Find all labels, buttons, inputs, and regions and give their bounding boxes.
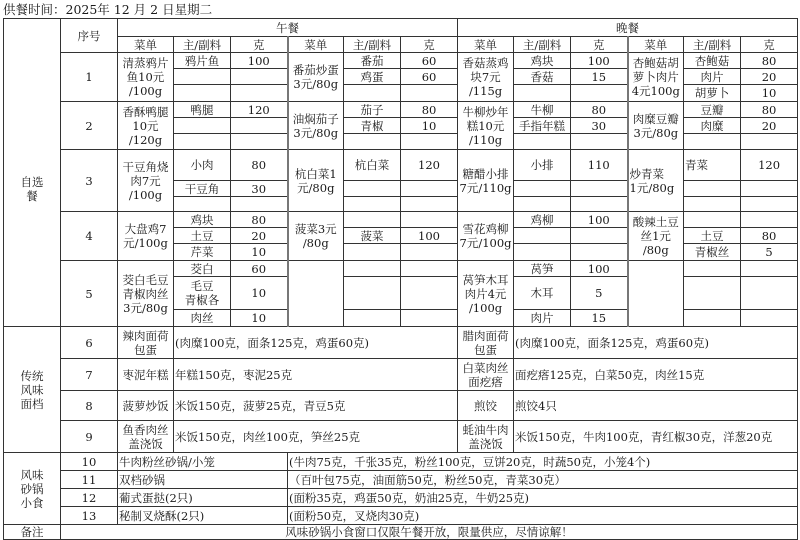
section-label-noodles: 传统 风味 面档 [4,327,61,453]
snack-row: 11双档砂锅（百叶包75克，油面筋50克，粉丝50克，青菜30克） [4,471,798,489]
col-grams: 克 [401,37,458,53]
ingredient-name [344,134,401,150]
row-number: 6 [61,327,118,359]
ingredient-name: 土豆 [174,228,231,244]
ingredient-name: 芹菜 [174,244,231,261]
ingredient-grams [571,134,628,150]
lunch-dish-desc: 米饭150克，菠萝25克，青豆5克 [174,391,458,421]
ingredient-name: 肉糜 [684,118,741,134]
col-dish: 菜单 [118,37,174,53]
lunch-dish-name: 辣肉面荷 包蛋 [118,327,174,359]
ingredient-grams [741,277,798,310]
ingredient-name [514,197,571,212]
col-ingredient: 主/副料 [514,37,571,53]
dish-name: 杏鲍菇胡 萝卜肉片 4元100g [628,53,684,102]
dish-name: 炒青菜 1元/80g [628,150,684,212]
ingredient-name: 莴笋 [514,261,571,277]
col-ingredient: 主/副料 [684,37,741,53]
ingredient-name [344,277,401,310]
snack-dish-desc: （百叶包75克，油面筋50克，粉丝50克，青菜30克） [288,471,798,489]
row-number: 3 [61,150,118,212]
dish-name: 牛柳炒年 糕10元 /110g [458,102,514,150]
ingredient-grams: 60 [401,53,458,69]
self-select-row: 3干豆角烧 肉7元 /100g小肉80杭白菜1 元/80g杭白菜120糖醋小排 … [4,150,798,181]
snack-dish-name: 葡式蛋挞(2只) [118,489,288,507]
ingredient-grams: 20 [231,228,288,244]
noodle-row: 7枣泥年糕年糕150克，枣泥25克白菜肉丝 面疙瘩面疙瘩125克，白菜50克，肉… [4,359,798,391]
ingredient-name: 杏鲍菇 [684,53,741,69]
remark-text: 风味砂锅小食窗口仅限午餐开放，限量供应，尽情谅解！ [61,525,798,540]
dish-name: 茭白毛豆 青椒肉丝 3元/80g [118,261,174,327]
lunch-dish-desc: 年糕150克，枣泥25克 [174,359,458,391]
ingredient-grams: 10 [401,118,458,134]
lunch-dish-name: 枣泥年糕 [118,359,174,391]
snack-row: 12葡式蛋挞(2只)(面粉35克，鸡蛋50克，奶油25克，牛奶25克) [4,489,798,507]
self-select-row: 5茭白毛豆 青椒肉丝 3元/80g茭白60莴笋木耳 肉片4元 /100g莴笋10… [4,261,798,277]
ingredient-grams: 100 [571,53,628,69]
dinner-dish-name: 腊肉面荷 包蛋 [458,327,514,359]
dish-name [288,261,344,327]
ingredient-grams: 60 [231,261,288,277]
ingredient-name [684,310,741,327]
ingredient-grams [401,277,458,310]
ingredient-grams: 80 [571,102,628,118]
lunch-header: 午餐 [118,19,458,37]
ingredient-grams: 10 [741,85,798,102]
ingredient-grams [401,212,458,228]
remark-label: 备注 [4,525,61,540]
snack-dish-desc: (面粉35克，鸡蛋50克，奶油25克，牛奶25克) [288,489,798,507]
ingredient-name: 肉丝 [174,310,231,327]
ingredient-name: 手指年糕 [514,118,571,134]
ingredient-name: 土豆 [684,228,741,244]
serving-date-title: 供餐时间：2025年 12 月 2 日星期二 [3,1,212,18]
ingredient-grams [571,181,628,197]
section-header-blank [4,19,61,53]
dish-name: 杭白菜1 元/80g [288,150,344,212]
ingredient-name [684,261,741,277]
ingredient-grams: 120 [401,150,458,181]
snack-row: 13秘制叉烧酥(2只)(面粉50克，叉烧肉30克) [4,507,798,525]
row-number: 5 [61,261,118,327]
ingredient-grams: 100 [231,53,288,69]
ingredient-grams [741,261,798,277]
ingredient-name [344,261,401,277]
dish-name: 大盘鸡7 元/100g [118,212,174,261]
ingredient-name [684,197,741,212]
col-dish: 菜单 [458,37,514,53]
dish-name: 干豆角烧 肉7元 /100g [118,150,174,212]
ingredient-grams [231,197,288,212]
dish-name: 香酥鸭腿 10元 /120g [118,102,174,150]
ingredient-grams [401,181,458,197]
dish-name: 莴笋木耳 肉片4元 /100g [458,261,514,327]
row-number: 4 [61,212,118,261]
ingredient-grams: 80 [741,102,798,118]
dinner-dish-desc: 煎饺4只 [514,391,798,421]
ingredient-name: 鸡柳 [514,212,571,228]
ingredient-name [514,228,571,244]
ingredient-name: 茭白 [174,261,231,277]
ingredient-name [344,197,401,212]
ingredient-name: 小排 [514,150,571,181]
section-label-self-select: 自选 餐 [4,53,61,327]
ingredient-grams: 5 [571,277,628,310]
ingredient-grams [401,244,458,261]
ingredient-grams: 110 [571,150,628,181]
col-dish: 菜单 [628,37,684,53]
ingredient-name: 小肉 [174,150,231,181]
dish-name: 番茄炒蛋 3元/80g [288,53,344,102]
ingredient-name: 香菇 [514,69,571,85]
ingredient-grams: 80 [401,102,458,118]
ingredient-name: 鸭腿 [174,102,231,118]
ingredient-name: 毛豆 青椒各 [174,277,231,310]
snack-dish-desc: (牛肉75克，千张35克，粉丝100克，豆饼20克，时蔬50克，小笼4个) [288,453,798,471]
lunch-dish-name: 鱼香肉丝 盖浇饭 [118,421,174,453]
dish-name [628,261,684,327]
ingredient-name: 鸡蛋 [344,69,401,85]
ingredient-grams: 80 [231,150,288,181]
lunch-dish-desc: 米饭150克，肉丝100克，笋丝25克 [174,421,458,453]
ingredient-grams [741,212,798,228]
ingredient-grams: 10 [231,277,288,310]
ingredient-name [344,85,401,102]
noodle-row: 传统 风味 面档6辣肉面荷 包蛋(肉糜100克，面条125克，鸡蛋60克)腊肉面… [4,327,798,359]
ingredient-grams [741,134,798,150]
dish-name: 雪花鸡柳 7元/100g [458,212,514,261]
col-dish: 菜单 [288,37,344,53]
row-number: 10 [61,453,118,471]
row-number: 11 [61,471,118,489]
ingredient-grams [741,310,798,327]
snack-dish-name: 双档砂锅 [118,471,288,489]
ingredient-name: 青椒 [344,118,401,134]
col-grams: 克 [231,37,288,53]
ingredient-grams: 80 [231,212,288,228]
ingredient-name: 胡萝卜 [684,85,741,102]
ingredient-grams: 5 [741,244,798,261]
ingredient-name [514,134,571,150]
dish-name: 糖醋小排 7元/110g [458,150,514,212]
row-number: 13 [61,507,118,525]
ingredient-grams [571,85,628,102]
row-number: 9 [61,421,118,453]
ingredient-name: 鸦片鱼 [174,53,231,69]
ingredient-name [174,85,231,102]
snack-row: 风味 砂锅 小食10牛肉粉丝砂锅/小笼(牛肉75克，千张35克，粉丝100克，豆… [4,453,798,471]
ingredient-grams [231,69,288,85]
ingredient-grams [231,118,288,134]
row-number: 7 [61,359,118,391]
ingredient-name [684,181,741,197]
lunch-dish-desc: (肉糜100克，面条125克，鸡蛋60克) [174,327,458,359]
ingredient-grams: 60 [401,69,458,85]
dish-name: 肉糜豆瓣 3元/80g [628,102,684,150]
ingredient-name [174,134,231,150]
row-number: 2 [61,102,118,150]
ingredient-name: 菠菜 [344,228,401,244]
snack-dish-name: 牛肉粉丝砂锅/小笼 [118,453,288,471]
ingredient-name [344,181,401,197]
seq-header: 序号 [61,19,118,53]
ingredient-grams: 30 [231,181,288,197]
ingredient-name [684,277,741,310]
ingredient-grams: 80 [741,53,798,69]
ingredient-grams: 120 [741,150,798,181]
ingredient-name [174,197,231,212]
ingredient-name: 番茄 [344,53,401,69]
row-number: 8 [61,391,118,421]
ingredient-grams: 20 [741,69,798,85]
lunch-dish-name: 菠萝炒饭 [118,391,174,421]
ingredient-grams [401,134,458,150]
snack-dish-name: 秘制叉烧酥(2只) [118,507,288,525]
dinner-header: 晚餐 [458,19,798,37]
dinner-dish-name: 蚝油牛肉 盖浇饭 [458,421,514,453]
ingredient-name [344,244,401,261]
self-select-row: 4大盘鸡7 元/100g鸡块80菠菜3元 /80g雪花鸡柳 7元/100g鸡柳1… [4,212,798,228]
ingredient-grams: 100 [571,212,628,228]
ingredient-grams [401,85,458,102]
ingredient-name: 杭白菜 [344,150,401,181]
ingredient-grams: 10 [231,310,288,327]
ingredient-name: 肉片 [514,310,571,327]
self-select-row: 2香酥鸭腿 10元 /120g鸭腿120油焖茄子 3元/80g茄子80牛柳炒年 … [4,102,798,118]
ingredient-name [514,244,571,261]
ingredient-grams [231,134,288,150]
ingredient-grams [741,181,798,197]
dish-name: 油焖茄子 3元/80g [288,102,344,150]
ingredient-grams [401,197,458,212]
ingredient-grams: 20 [741,118,798,134]
ingredient-grams [741,197,798,212]
dinner-dish-name: 煎饺 [458,391,514,421]
ingredient-grams: 30 [571,118,628,134]
column-header-row: 菜单 主/副料 克 菜单 主/副料 克 菜单 主/副料 克 菜单 主/副料 克 [4,37,798,53]
ingredient-name [344,212,401,228]
col-grams: 克 [741,37,798,53]
dinner-dish-desc: 米饭150克，牛肉100克，青红椒30克，洋葱20克 [514,421,798,453]
ingredient-grams [401,310,458,327]
ingredient-grams: 100 [571,261,628,277]
ingredient-grams [571,197,628,212]
ingredient-grams: 15 [571,69,628,85]
remark-row: 备注风味砂锅小食窗口仅限午餐开放，限量供应，尽情谅解！ [4,525,798,540]
noodle-row: 8菠萝炒饭米饭150克，菠萝25克，青豆5克煎饺煎饺4只 [4,391,798,421]
ingredient-name: 青菜 [684,150,741,181]
dish-name: 清蒸鸦片 鱼10元 /100g [118,53,174,102]
ingredient-name [344,310,401,327]
ingredient-name [174,118,231,134]
col-grams: 克 [571,37,628,53]
dish-name: 香菇蒸鸡 块7元 /115g [458,53,514,102]
ingredient-name: 肉片 [684,69,741,85]
ingredient-grams: 80 [741,228,798,244]
ingredient-grams [571,244,628,261]
ingredient-name [174,69,231,85]
ingredient-grams [571,228,628,244]
section-label-snacks: 风味 砂锅 小食 [4,453,61,525]
ingredient-grams: 10 [231,244,288,261]
ingredient-name: 鸡块 [514,53,571,69]
ingredient-name [684,212,741,228]
ingredient-name [514,181,571,197]
row-number: 1 [61,53,118,102]
ingredient-grams: 15 [571,310,628,327]
ingredient-grams [401,261,458,277]
ingredient-name: 干豆角 [174,181,231,197]
ingredient-name: 木耳 [514,277,571,310]
ingredient-name [684,134,741,150]
ingredient-name: 鸡块 [174,212,231,228]
self-select-row: 自选 餐1清蒸鸦片 鱼10元 /100g鸦片鱼100番茄炒蛋 3元/80g番茄6… [4,53,798,69]
ingredient-name: 牛柳 [514,102,571,118]
dinner-dish-name: 白菜肉丝 面疙瘩 [458,359,514,391]
dish-name: 酸辣土豆 丝1元 /80g [628,212,684,261]
ingredient-name [514,85,571,102]
row-number: 12 [61,489,118,507]
ingredient-name: 豆瓣 [684,102,741,118]
snack-dish-desc: (面粉50克，叉烧肉30克) [288,507,798,525]
ingredient-grams: 100 [401,228,458,244]
col-ingredient: 主/副料 [174,37,231,53]
dinner-dish-desc: (肉糜100克，面条125克，鸡蛋60克) [514,327,798,359]
noodle-row: 9鱼香肉丝 盖浇饭米饭150克，肉丝100克，笋丝25克蚝油牛肉 盖浇饭米饭15… [4,421,798,453]
menu-table: 序号 午餐 晚餐 菜单 主/副料 克 菜单 主/副料 克 菜单 主/副料 克 菜… [3,18,798,540]
dish-name: 菠菜3元 /80g [288,212,344,261]
ingredient-name: 茄子 [344,102,401,118]
col-ingredient: 主/副料 [344,37,401,53]
dinner-dish-desc: 面疙瘩125克，白菜50克，肉丝15克 [514,359,798,391]
ingredient-name: 青椒丝 [684,244,741,261]
ingredient-grams: 120 [231,102,288,118]
ingredient-grams [231,85,288,102]
